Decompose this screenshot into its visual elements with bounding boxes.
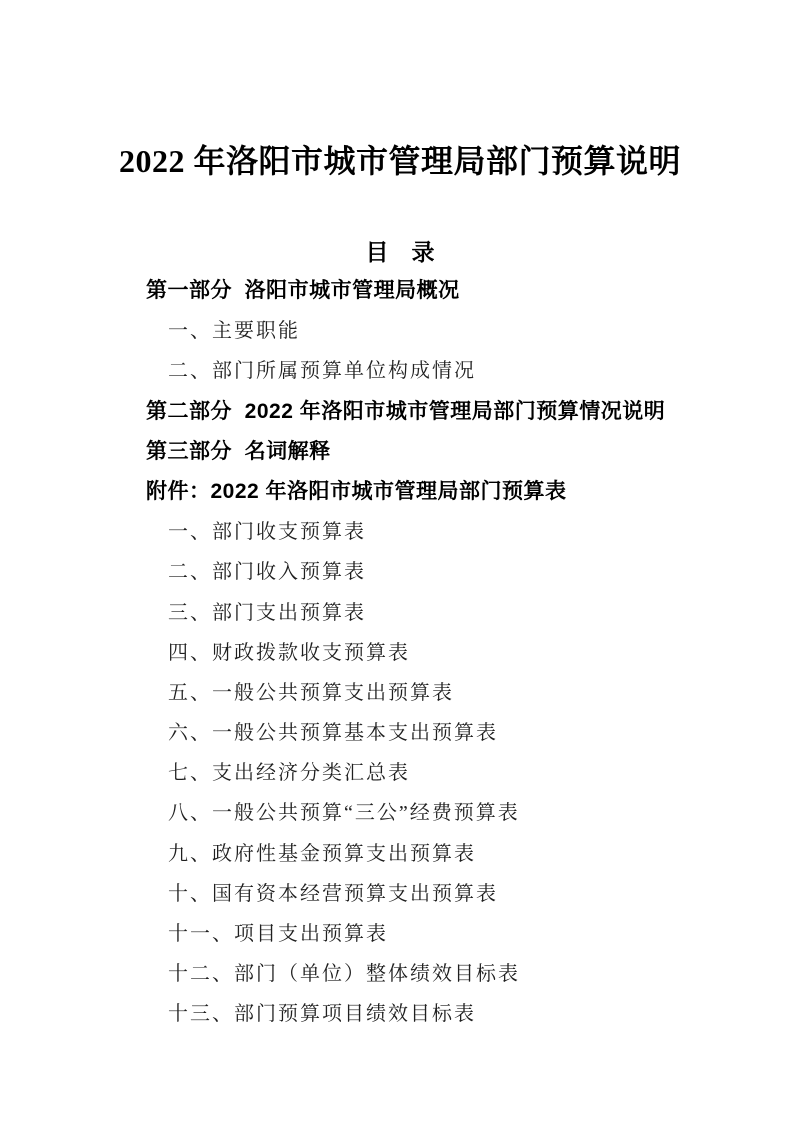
toc-section-attachment: 附件：2022 年洛阳市城市管理局部门预算表 [146, 472, 740, 512]
toc-item-table-8: 八、一般公共预算“三公”经费预算表 [146, 793, 740, 833]
toc-item-table-7: 七、支出经济分类汇总表 [146, 753, 740, 793]
toc-item-table-9: 九、政府性基金预算支出预算表 [146, 834, 740, 874]
toc-section-part3: 第三部分 名词解释 [146, 432, 740, 472]
toc-section-part2: 第二部分 2022 年洛阳市城市管理局部门预算情况说明 [146, 392, 740, 432]
toc-heading: 目 录 [0, 238, 800, 266]
document-page: 2022 年洛阳市城市管理局部门预算说明 目 录 第一部分 洛阳市城市管理局概况… [0, 0, 800, 1131]
toc-item-table-3: 三、部门支出预算表 [146, 593, 740, 633]
document-title: 2022 年洛阳市城市管理局部门预算说明 [0, 142, 800, 180]
toc-item-table-6: 六、一般公共预算基本支出预算表 [146, 713, 740, 753]
toc-item-table-1: 一、部门收支预算表 [146, 512, 740, 552]
toc-item-table-10: 十、国有资本经营预算支出预算表 [146, 874, 740, 914]
toc-item-main-functions: 一、主要职能 [146, 311, 740, 351]
toc-section-part1: 第一部分 洛阳市城市管理局概况 [146, 271, 740, 311]
toc-item-table-2: 二、部门收入预算表 [146, 552, 740, 592]
toc-item-table-12: 十二、部门（单位）整体绩效目标表 [146, 954, 740, 994]
toc-item-table-11: 十一、项目支出预算表 [146, 914, 740, 954]
toc-item-budget-units: 二、部门所属预算单位构成情况 [146, 351, 740, 391]
toc-item-table-13: 十三、部门预算项目绩效目标表 [146, 994, 740, 1034]
toc-item-table-5: 五、一般公共预算支出预算表 [146, 673, 740, 713]
toc-item-table-4: 四、财政拨款收支预算表 [146, 633, 740, 673]
table-of-contents: 第一部分 洛阳市城市管理局概况 一、主要职能 二、部门所属预算单位构成情况 第二… [146, 271, 740, 1035]
